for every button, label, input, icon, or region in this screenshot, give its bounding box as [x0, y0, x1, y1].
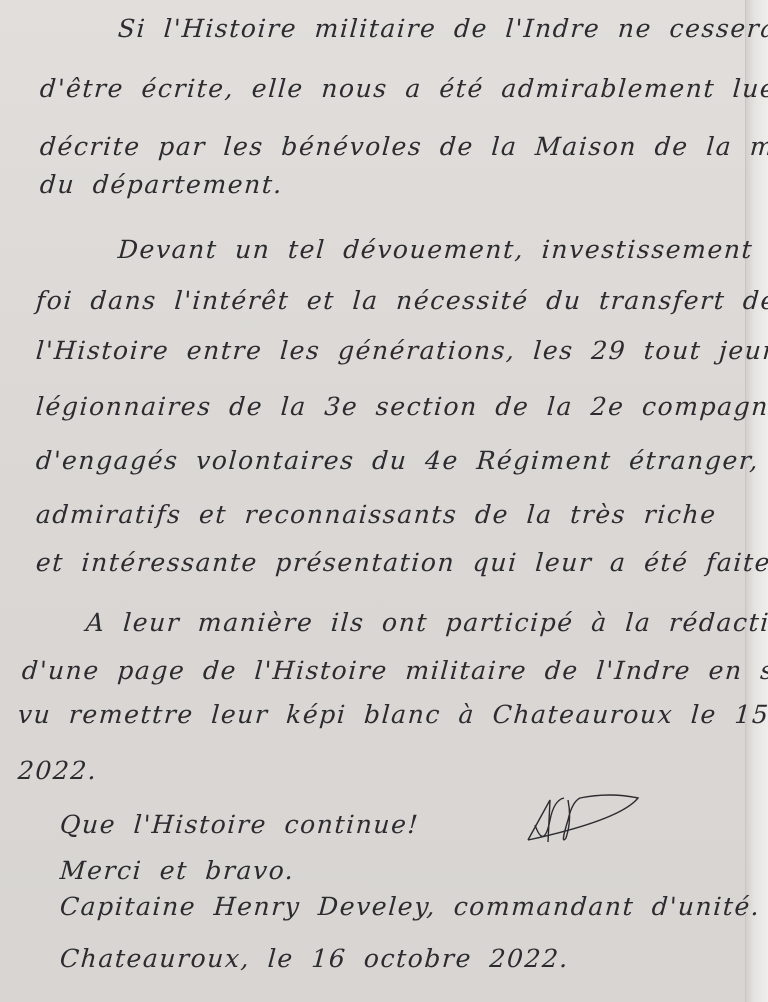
letter-line: du département. — [39, 170, 284, 199]
letter-line: A leur manière ils ont participé à la ré… — [85, 608, 768, 637]
letter-line: foi dans l'intérêt et la nécessité du tr… — [35, 286, 768, 315]
letter-line: Si l'Histoire militaire de l'Indre ne ce… — [117, 14, 768, 43]
letter-line: 2022. — [17, 756, 99, 785]
letter-line: légionnaires de la 3e section de la 2e c… — [35, 392, 768, 421]
signature-icon — [520, 790, 650, 850]
letter-line: l'Histoire entre les générations, les 29… — [35, 336, 768, 365]
handwritten-letter-page: Si l'Histoire militaire de l'Indre ne ce… — [0, 0, 768, 1002]
place-date-line: Chateauroux, le 16 octobre 2022. — [59, 944, 570, 973]
closing-thanks: Merci et bravo. — [59, 856, 296, 885]
letter-line: décrite par les bénévoles de la Maison d… — [39, 132, 768, 161]
letter-line: admiratifs et reconnaissants de la très … — [35, 500, 718, 529]
letter-line: vu remettre leur képi blanc à Chateaurou… — [17, 700, 768, 729]
letter-line: Devant un tel dévouement, investissement… — [117, 235, 768, 264]
closing-exclamation: Que l'Histoire continue! — [59, 810, 420, 839]
letter-line: d'engagés volontaires du 4e Régiment étr… — [35, 446, 768, 475]
letter-line: d'une page de l'Histoire militaire de l'… — [21, 656, 768, 685]
signatory-line: Capitaine Henry Develey, commandant d'un… — [59, 892, 762, 921]
letter-line: et intéressante présentation qui leur a … — [35, 548, 768, 577]
letter-line: d'être écrite, elle nous a été admirable… — [39, 74, 768, 103]
